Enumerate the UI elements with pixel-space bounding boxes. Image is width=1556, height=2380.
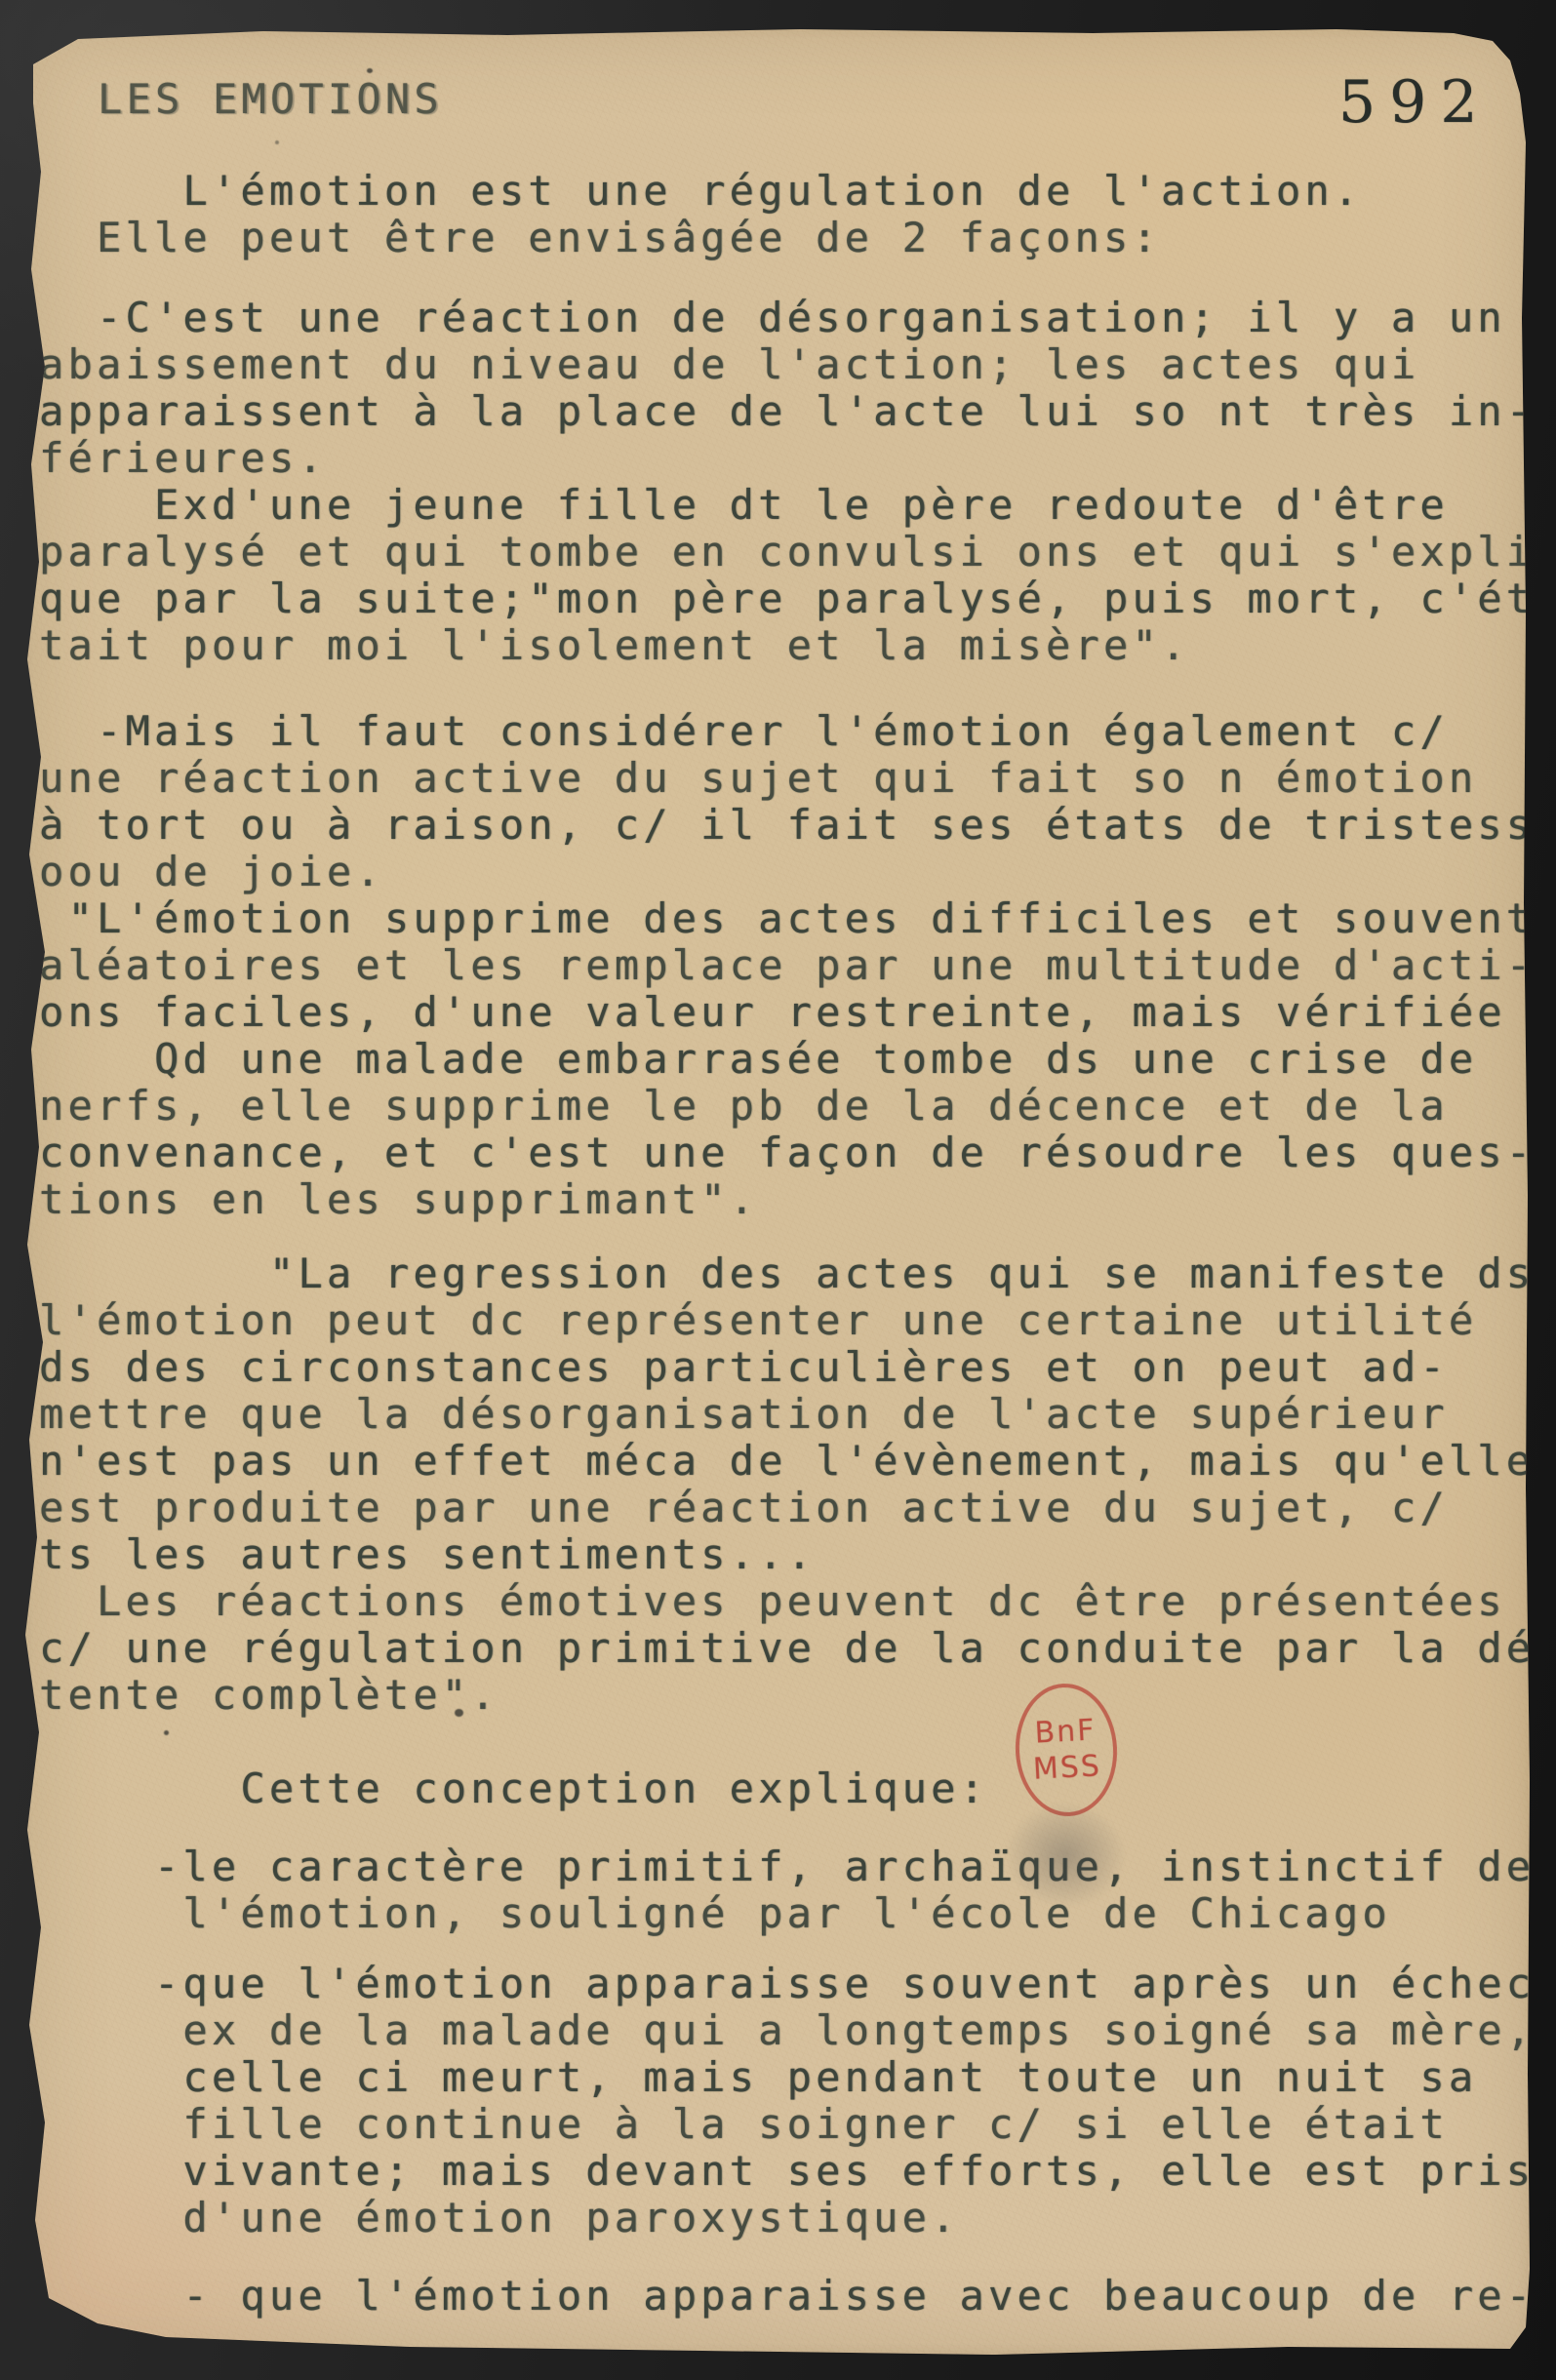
typescript-line: L'émotion est une régulation de l'action…	[39, 168, 1532, 215]
typescript-line: nerfs, elle supprime le pb de la décence…	[39, 1083, 1532, 1130]
stamp-line-1: BnF	[1034, 1712, 1097, 1751]
paragraph: -que l'émotion apparaisse souvent après …	[39, 1961, 1532, 2241]
typescript-line: abaissement du niveau de l'action; les a…	[39, 341, 1532, 388]
typescript-line: celle ci meurt, mais pendant toute un nu…	[39, 2054, 1532, 2101]
typescript-line: -le caractère primitif, archaïque, insti…	[39, 1844, 1532, 1890]
typescript-body: L'émotion est une régulation de l'action…	[39, 168, 1532, 2320]
typescript-line: convenance, et c'est une façon de résoud…	[39, 1130, 1532, 1176]
scan-background: { "page": { "header_title": "LES EMOTION…	[0, 0, 1556, 2380]
typescript-line: une réaction active du sujet qui fait so…	[39, 755, 1532, 802]
typescript-line: "L'émotion supprime des actes difficiles…	[39, 895, 1532, 942]
typescript-line: oou de joie.	[39, 849, 1532, 895]
paragraph: -C'est une réaction de désorganisation; …	[39, 295, 1532, 482]
typescript-line: l'émotion, souligné par l'école de Chica…	[39, 1890, 1532, 1937]
ink-speck	[275, 140, 279, 144]
paragraph: Exd'une jeune fille dt le père redoute d…	[39, 482, 1532, 669]
typescript-line: Elle peut être envisâgée de 2 façons:	[39, 215, 1532, 261]
paragraph: "L'émotion supprime des actes difficiles…	[39, 895, 1532, 1036]
typescript-line: - que l'émotion apparaisse avec beaucoup…	[39, 2273, 1532, 2320]
typescript-line: ons faciles, d'une valeur restreinte, ma…	[39, 989, 1532, 1036]
document-page: LES EMOTIONS 592 L'émotion est une régul…	[20, 25, 1532, 2357]
typescript-line: vivante; mais devant ses efforts, elle e…	[39, 2148, 1532, 2195]
typescript-line: tait pour moi l'isolement et la misère".	[39, 622, 1532, 669]
paragraph: - que l'émotion apparaisse avec beaucoup…	[39, 2273, 1532, 2320]
typescript-line: d'une émotion paroxystique.	[39, 2195, 1532, 2241]
typescript-line: est produite par une réaction active du …	[39, 1485, 1532, 1531]
typescript-line: que par la suite;"mon père paralysé, pui…	[39, 575, 1532, 622]
typescript-line: n'est pas un effet méca de l'évènement, …	[39, 1438, 1532, 1485]
typescript-line: ts les autres sentiments...	[39, 1531, 1532, 1578]
typescript-line: apparaissent à la place de l'acte lui so…	[39, 388, 1532, 435]
paragraph: L'émotion est une régulation de l'action…	[39, 168, 1532, 261]
page-number: 592	[1338, 68, 1492, 137]
paragraph: -Mais il faut considérer l'émotion égale…	[39, 708, 1532, 895]
typescript-line: aléatoires et les remplace par une multi…	[39, 942, 1532, 989]
paragraph: Qd une malade embarrasée tombe ds une cr…	[39, 1036, 1532, 1223]
typescript-line: ex de la malade qui a longtemps soigné s…	[39, 2007, 1532, 2054]
typescript-line: fille continue à la soigner c/ si elle é…	[39, 2101, 1532, 2148]
paragraph: Cette conception explique:	[39, 1765, 1532, 1812]
typescript-line: à tort ou à raison, c/ il fait ses états…	[39, 802, 1532, 849]
typescript-line: Les réactions émotives peuvent dc être p…	[39, 1578, 1532, 1625]
typescript-line: Qd une malade embarrasée tombe ds une cr…	[39, 1036, 1532, 1083]
page-title: LES EMOTIONS	[98, 76, 443, 123]
ink-speck	[455, 1709, 463, 1717]
typescript-line: c/ une régulation primitive de la condui…	[39, 1625, 1532, 1672]
ink-speck	[367, 68, 373, 73]
typescript-line: tions en les supprimant".	[39, 1176, 1532, 1223]
typescript-line: l'émotion peut dc représenter une certai…	[39, 1297, 1532, 1344]
typescript-line: "La regression des actes qui se manifest…	[39, 1250, 1532, 1297]
typescript-line: -que l'émotion apparaisse souvent après …	[39, 1961, 1532, 2007]
stamp-line-2: MSS	[1032, 1748, 1102, 1788]
paragraph: "La regression des actes qui se manifest…	[39, 1250, 1532, 1719]
paragraph: -le caractère primitif, archaïque, insti…	[39, 1844, 1532, 1937]
typescript-line: férieures.	[39, 435, 1532, 482]
typescript-line: tente complète".	[39, 1672, 1532, 1719]
typescript-line: -C'est une réaction de désorganisation; …	[39, 295, 1532, 341]
typescript-line: -Mais il faut considérer l'émotion égale…	[39, 708, 1532, 755]
typescript-line: Cette conception explique:	[39, 1765, 1532, 1812]
typescript-line: ds des circonstances particulières et on…	[39, 1344, 1532, 1391]
typescript-line: Exd'une jeune fille dt le père redoute d…	[39, 482, 1532, 529]
typescript-line: paralysé et qui tombe en convulsi ons et…	[39, 529, 1532, 575]
typescript-line: mettre que la désorganisation de l'acte …	[39, 1391, 1532, 1438]
